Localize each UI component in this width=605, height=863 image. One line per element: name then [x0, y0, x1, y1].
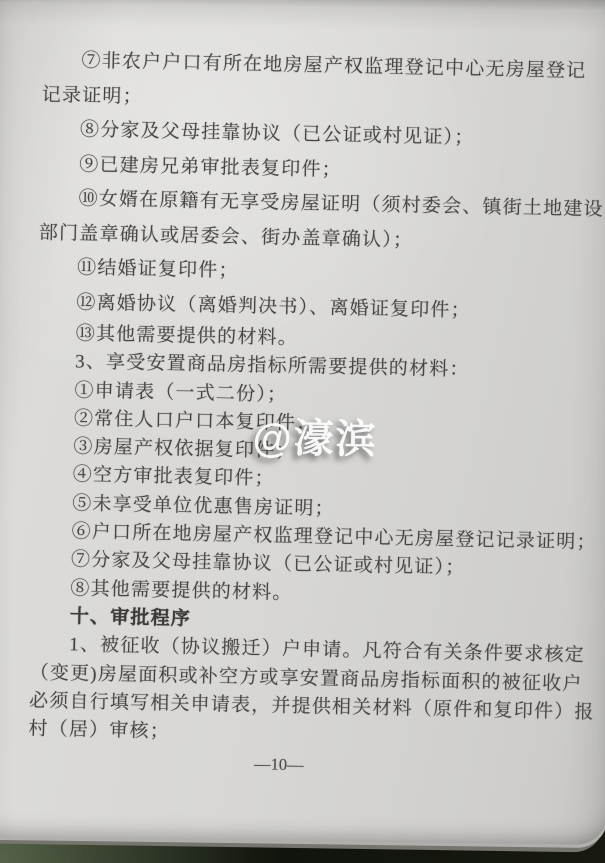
page-top-shadow	[0, 0, 605, 33]
page-number: —10—	[28, 750, 576, 781]
document-page: ⑦非农户户口有所在地房屋产权监理登记中心无房屋登记记录证明；⑧分家及父母挂靠协议…	[0, 0, 605, 845]
document-text: ⑦非农户户口有所在地房屋产权监理登记中心无房屋登记记录证明；⑧分家及父母挂靠协议…	[28, 44, 591, 782]
photo-background: ⑦非农户户口有所在地房屋产权监理登记中心无房屋登记记录证明；⑧分家及父母挂靠协议…	[0, 0, 605, 863]
